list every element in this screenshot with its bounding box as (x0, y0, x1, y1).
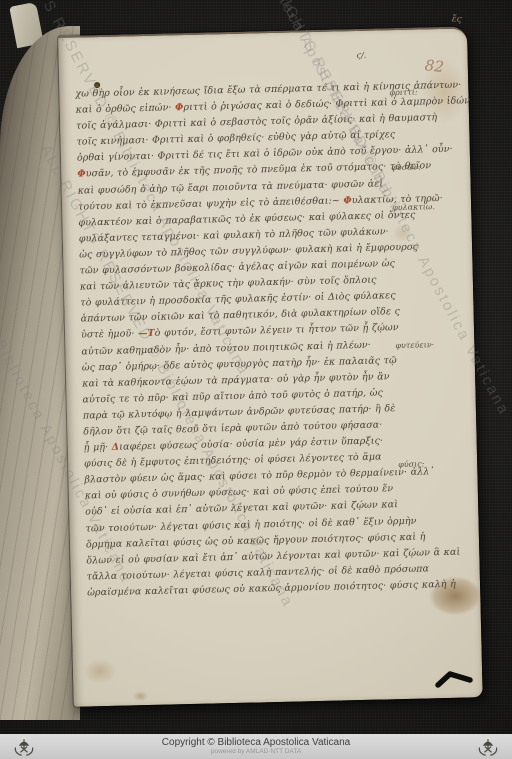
marginal-note: φυσῶν: (391, 162, 421, 172)
vatican-library-logo-icon (477, 737, 499, 757)
quire-mark: ἔς (451, 14, 461, 24)
powered-by-text: powered by AMLAD·NTT DATA (211, 748, 301, 756)
folio-number: 82 (424, 56, 445, 76)
rubric-initial: Φ (343, 195, 352, 206)
marginal-note: φύσις: (398, 459, 424, 469)
manuscript-page: ἔς 82 ϛ/. χω θὴρ οἷον ἐκ κινήσεως ἴδια ἔ… (58, 26, 483, 706)
marginal-note: φυτεύειν· (395, 340, 434, 350)
footer-bar: Copyright © Biblioteca Apostolica Vatica… (0, 734, 512, 759)
header-abbreviation-mark: ϛ/. (356, 51, 366, 60)
rubric-initial: Φ (175, 102, 184, 113)
foxing-stain (77, 654, 124, 689)
text-block: χω θὴρ οἷον ἐκ κινήσεως ἴδια ἔξω τὰ σπέρ… (75, 78, 441, 601)
marginal-note: φυλακτίω. (392, 202, 435, 212)
foxing-stain (129, 689, 151, 704)
vatican-library-logo-icon (13, 737, 35, 757)
rubric-initial: —Τ (138, 328, 155, 339)
marginal-note: φριττί: (389, 88, 417, 98)
copyright-text: Copyright © Biblioteca Apostolica Vatica… (162, 737, 350, 748)
ink-mark (433, 666, 475, 692)
